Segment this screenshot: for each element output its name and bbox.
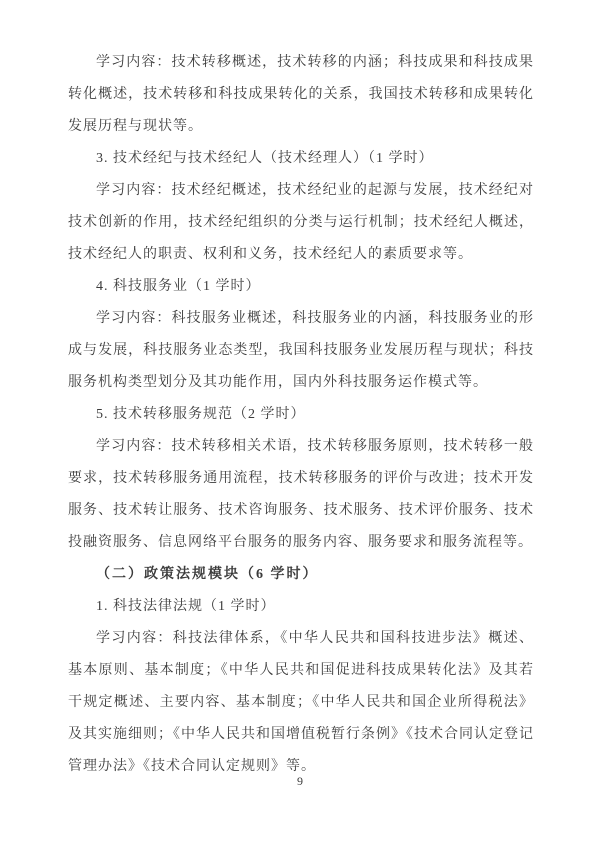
heading-item-5-tech-transfer-service-standards: 5. 技术转移服务规范（2 学时） [68,399,534,431]
heading-item-4-tech-service-industry: 4. 科技服务业（1 学时） [68,271,534,303]
paragraph-learning-content-tech-broker: 学习内容：技术经纪概述，技术经纪业的起源与发展，技术经纪对技术创新的作用，技术经… [68,175,534,271]
document-content: 学习内容：技术转移概述，技术转移的内涵；科技成果和科技成果转化概述，技术转移和科… [68,47,534,783]
paragraph-learning-content-tech-transfer-service-standards: 学习内容：技术转移相关术语，技术转移服务原则，技术转移一般要求，技术转移服务通用… [68,431,534,559]
heading-item-3-tech-broker: 3. 技术经纪与技术经纪人（技术经理人）（1 学时） [68,143,534,175]
heading-item-1-science-tech-laws: 1. 科技法律法规（1 学时） [68,591,534,623]
paragraph-learning-content-tech-service-industry: 学习内容：科技服务业概述，科技服务业的内涵，科技服务业的形成与发展，科技服务业态… [68,303,534,399]
section-heading-policy-regulation-module: （二）政策法规模块（6 学时） [68,559,534,591]
paragraph-learning-content-science-tech-laws: 学习内容：科技法律体系，《中华人民共和国科技进步法》概述、基本原则、基本制度；《… [68,623,534,783]
paragraph-learning-content-tech-transfer: 学习内容：技术转移概述，技术转移的内涵；科技成果和科技成果转化概述，技术转移和科… [68,47,534,143]
document-page: 学习内容：技术转移概述，技术转移的内涵；科技成果和科技成果转化概述，技术转移和科… [0,0,600,848]
page-number: 9 [0,774,600,789]
